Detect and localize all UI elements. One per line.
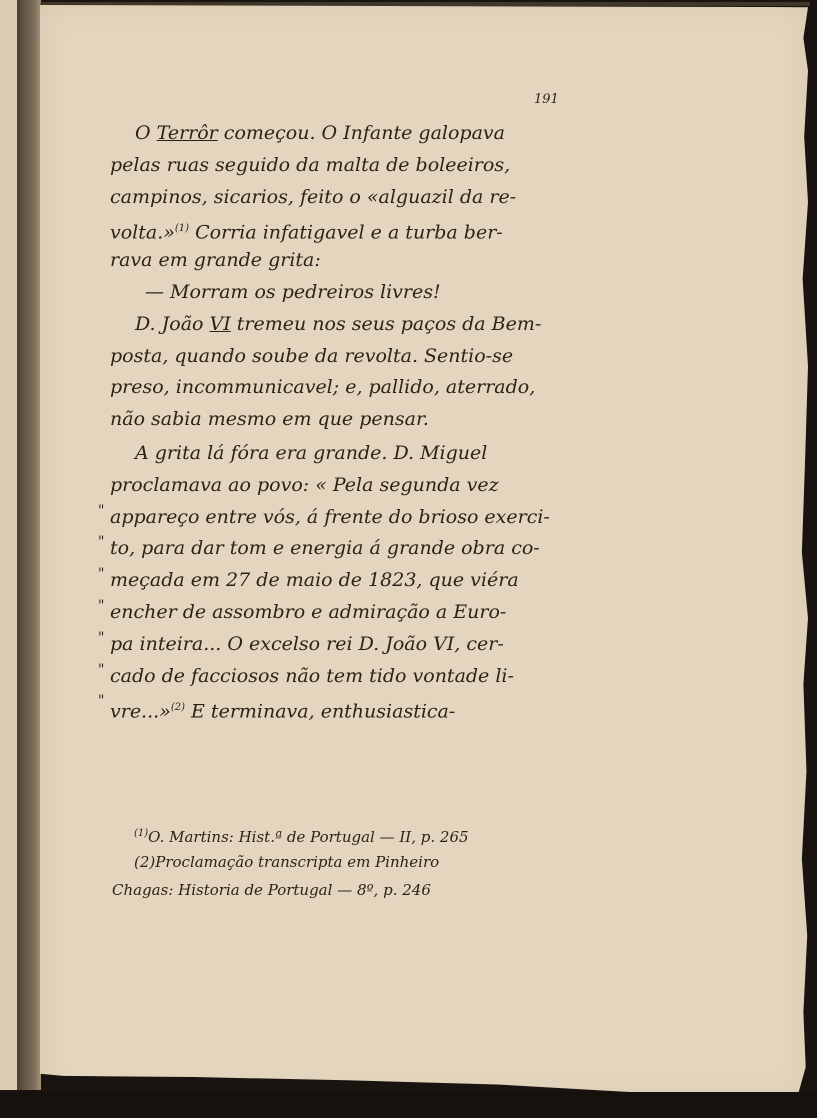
body-line: preso, incommunicavel; e, pallido, aterr… [110, 372, 580, 404]
footnotes: (1)O. Martins: Hist.ª de Portugal — II, … [112, 820, 582, 904]
line-segment: Corria infatigavel e a turba ber- [189, 222, 503, 244]
body-line: não sabia mesmo em que pensar. [110, 404, 580, 436]
adjacent-page-edge [0, 0, 18, 1090]
manuscript-body: O Terrôr começou. O Infante galopava pel… [110, 118, 580, 724]
quoted-line: "to, para dar tom e energia á grande obr… [110, 533, 580, 565]
quote-mark: " [98, 655, 104, 687]
line-segment: to, para dar tom e energia á grande obra… [110, 537, 540, 559]
body-line: — Morram os pedreiros livres! [110, 277, 580, 309]
footnote-text: Proclamação transcripta em Pinheiro [155, 853, 439, 871]
footnote-marker: (1) [175, 223, 189, 234]
line-segment: E terminava, enthusiastica- [185, 701, 455, 723]
body-line: rava em grande grita: [110, 245, 580, 277]
body-line: D. João VI tremeu nos seus paços da Bem- [110, 309, 580, 341]
line-segment: vre...» [110, 701, 171, 723]
line-segment: pa inteira... O excelso rei D. João VI, … [110, 633, 504, 655]
quote-mark: " [98, 496, 104, 528]
underlined-word: Terrôr [157, 122, 218, 144]
footnote-text: O. Martins: Hist.ª de Portugal — II, p. … [148, 828, 468, 846]
body-line: proclamava ao povo: « Pela segunda vez [110, 470, 580, 502]
quoted-line: "vre...»(2) E terminava, enthusiastica- [110, 692, 580, 724]
footnote-marker: (1) [134, 828, 148, 839]
body-line: pelas ruas seguido da malta de boleeiros… [110, 150, 580, 182]
line-segment: volta.» [110, 222, 175, 244]
quote-mark: " [98, 623, 104, 655]
quoted-line: "encher de assombro e admiração a Euro- [110, 597, 580, 629]
quoted-line: "cado de facciosos não tem tido vontade … [110, 661, 580, 693]
bottom-shadow [0, 1092, 817, 1118]
quote-mark: " [98, 559, 104, 591]
footnote-marker: (2) [134, 853, 155, 871]
footnote-marker: (2) [171, 702, 185, 713]
line-segment: encher de assombro e admiração a Euro- [110, 601, 506, 623]
page-number: 191 [534, 92, 559, 107]
line-segment: meçada em 27 de maio de 1823, que viéra [110, 569, 519, 591]
quote-mark: " [98, 527, 104, 559]
body-line: A grita lá fóra era grande. D. Miguel [110, 438, 580, 470]
quoted-line: "appareço entre vós, á frente do brioso … [110, 502, 580, 534]
underlined-numeral: VI [210, 313, 231, 335]
body-line: posta, quando soube da revolta. Sentio-s… [110, 341, 580, 373]
footnote-2: (2)Proclamação transcripta em Pinheiro [112, 848, 582, 876]
quote-mark: " [98, 591, 104, 623]
body-line: volta.»(1) Corria infatigavel e a turba … [110, 213, 580, 245]
book-gutter [17, 0, 41, 1090]
footnote-1: (1)O. Martins: Hist.ª de Portugal — II, … [112, 820, 582, 848]
line-segment: appareço entre vós, á frente do brioso e… [110, 506, 550, 528]
footnote-2-continued: Chagas: Historia de Portugal — 8º, p. 24… [112, 876, 582, 904]
line-segment: cado de facciosos não tem tido vontade l… [110, 665, 514, 687]
quoted-line: "pa inteira... O excelso rei D. João VI,… [110, 629, 580, 661]
quoted-line: "meçada em 27 de maio de 1823, que viéra [110, 565, 580, 597]
quote-mark: " [98, 686, 104, 718]
body-line: campinos, sicarios, feito o «alguazil da… [110, 182, 580, 214]
body-line: O Terrôr começou. O Infante galopava [110, 118, 580, 150]
